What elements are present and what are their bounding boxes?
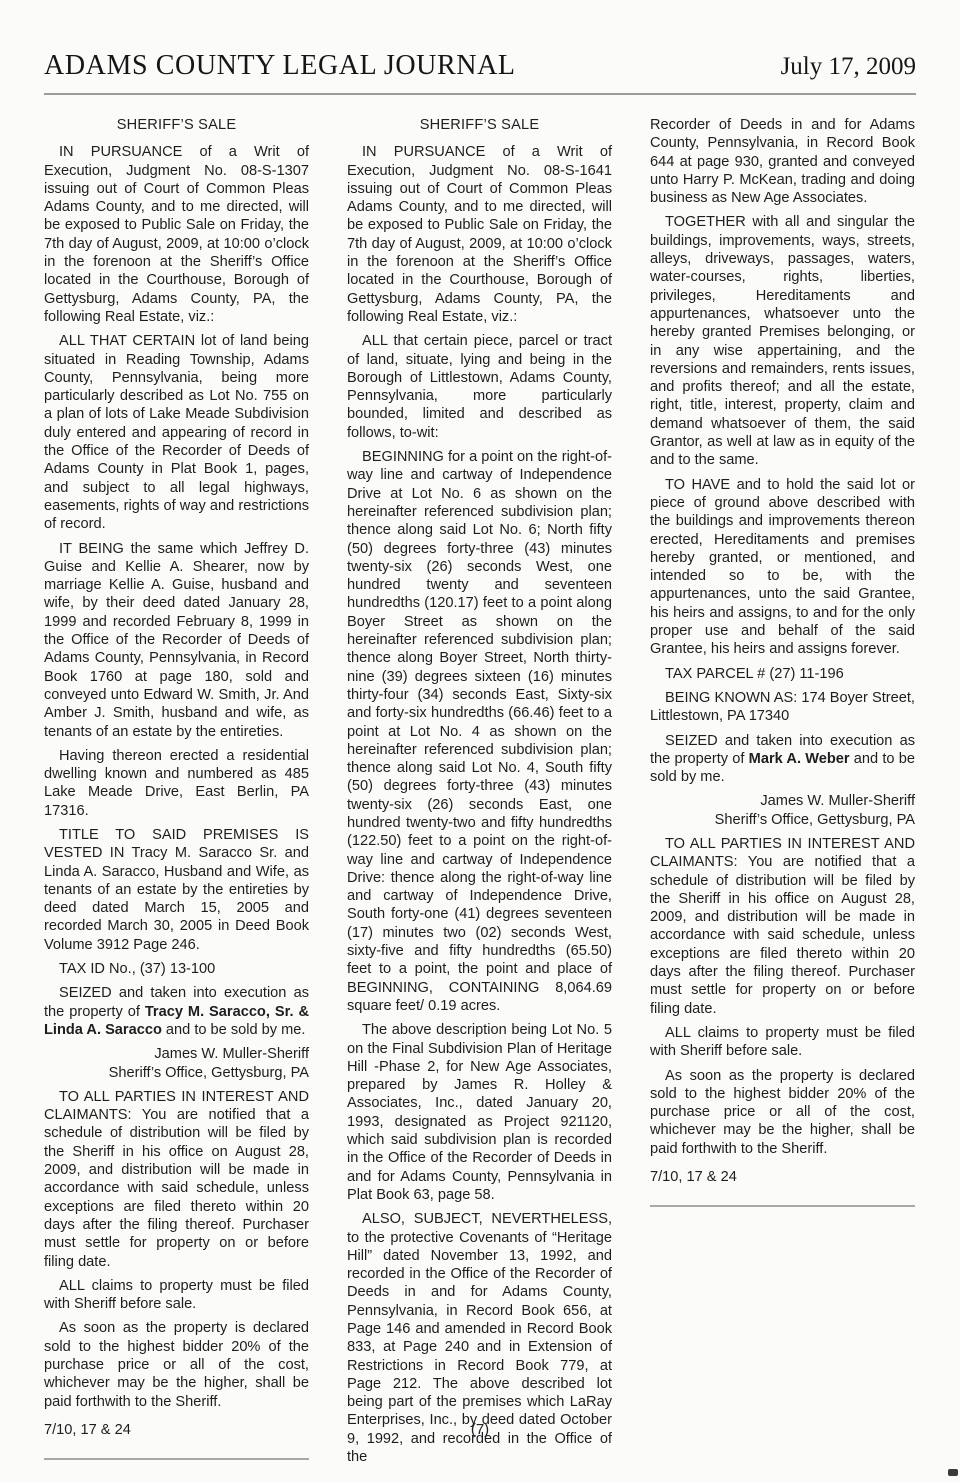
publication-dates: 7/10, 17 & 24: [650, 1168, 915, 1186]
notice-heading: SHERIFF’S SALE: [44, 116, 309, 134]
notice-paragraph: TAX ID No., (37) 13-100: [44, 960, 309, 978]
notice-paragraph: ALL claims to property must be filed wit…: [44, 1277, 309, 1314]
notice-paragraph: TITLE TO SAID PREMISES IS VESTED IN Trac…: [44, 826, 309, 954]
signature-line: James W. Muller-Sheriff: [650, 792, 915, 810]
notice-paragraph: IT BEING the same which Jeffrey D. Guise…: [44, 540, 309, 741]
notice-paragraph: SEIZED and taken into execution as the p…: [44, 984, 309, 1039]
notice-paragraph: As soon as the property is declared sold…: [44, 1319, 309, 1410]
column-2: SHERIFF’S SALEIN PURSUANCE of a Writ of …: [347, 116, 612, 1472]
notice-paragraph: TO ALL PARTIES IN INTEREST AND CLAIMANTS…: [650, 835, 915, 1018]
section-divider: [650, 1205, 915, 1207]
notice-paragraph: IN PURSUANCE of a Writ of Execution, Jud…: [44, 143, 309, 326]
notice-paragraph: ALL THAT CERTAIN lot of land being situa…: [44, 332, 309, 533]
notice-paragraph: ALL claims to property must be filed wit…: [650, 1024, 915, 1061]
signature-line: Sheriff’s Office, Gettysburg, PA: [650, 811, 915, 829]
signature-line: James W. Muller-Sheriff: [44, 1045, 309, 1063]
columns: SHERIFF’S SALEIN PURSUANCE of a Writ of …: [44, 116, 916, 1472]
notice-paragraph: TAX PARCEL # (27) 11-196: [650, 665, 915, 683]
notice-paragraph: TO ALL PARTIES IN INTEREST AND CLAIMANTS…: [44, 1088, 309, 1271]
notice-paragraph: As soon as the property is declared sold…: [650, 1067, 915, 1158]
masthead: ADAMS COUNTY LEGAL JOURNAL July 17, 2009: [44, 0, 916, 95]
page-number: (7): [0, 1421, 960, 1438]
signature-line: Sheriff’s Office, Gettysburg, PA: [44, 1064, 309, 1082]
notice-paragraph: SEIZED and taken into execution as the p…: [650, 732, 915, 787]
notice-paragraph: BEGINNING for a point on the right-of-wa…: [347, 448, 612, 1015]
issue-date: July 17, 2009: [781, 53, 916, 81]
notice-paragraph: TO HAVE and to hold the said lot or piec…: [650, 476, 915, 659]
journal-title: ADAMS COUNTY LEGAL JOURNAL: [44, 50, 516, 82]
notice-paragraph: TOGETHER with all and singular the build…: [650, 213, 915, 469]
notice-paragraph: ALL that certain piece, parcel or tract …: [347, 332, 612, 442]
column-1: SHERIFF’S SALEIN PURSUANCE of a Writ of …: [44, 116, 309, 1472]
notice-paragraph: BEING KNOWN AS: 174 Boyer Street, Little…: [650, 689, 915, 726]
journal-page: ADAMS COUNTY LEGAL JOURNAL July 17, 2009…: [0, 0, 960, 1483]
notice-paragraph: Recorder of Deeds in and for Adams Count…: [650, 116, 915, 207]
notice-paragraph: The above description being Lot No. 5 on…: [347, 1021, 612, 1204]
scan-artifact: [948, 1469, 958, 1476]
section-divider: [44, 1458, 309, 1460]
column-3: Recorder of Deeds in and for Adams Count…: [650, 116, 915, 1472]
notice-paragraph: Having thereon erected a residential dwe…: [44, 747, 309, 820]
notice-paragraph: IN PURSUANCE of a Writ of Execution, Jud…: [347, 143, 612, 326]
notice-heading: SHERIFF’S SALE: [347, 116, 612, 134]
